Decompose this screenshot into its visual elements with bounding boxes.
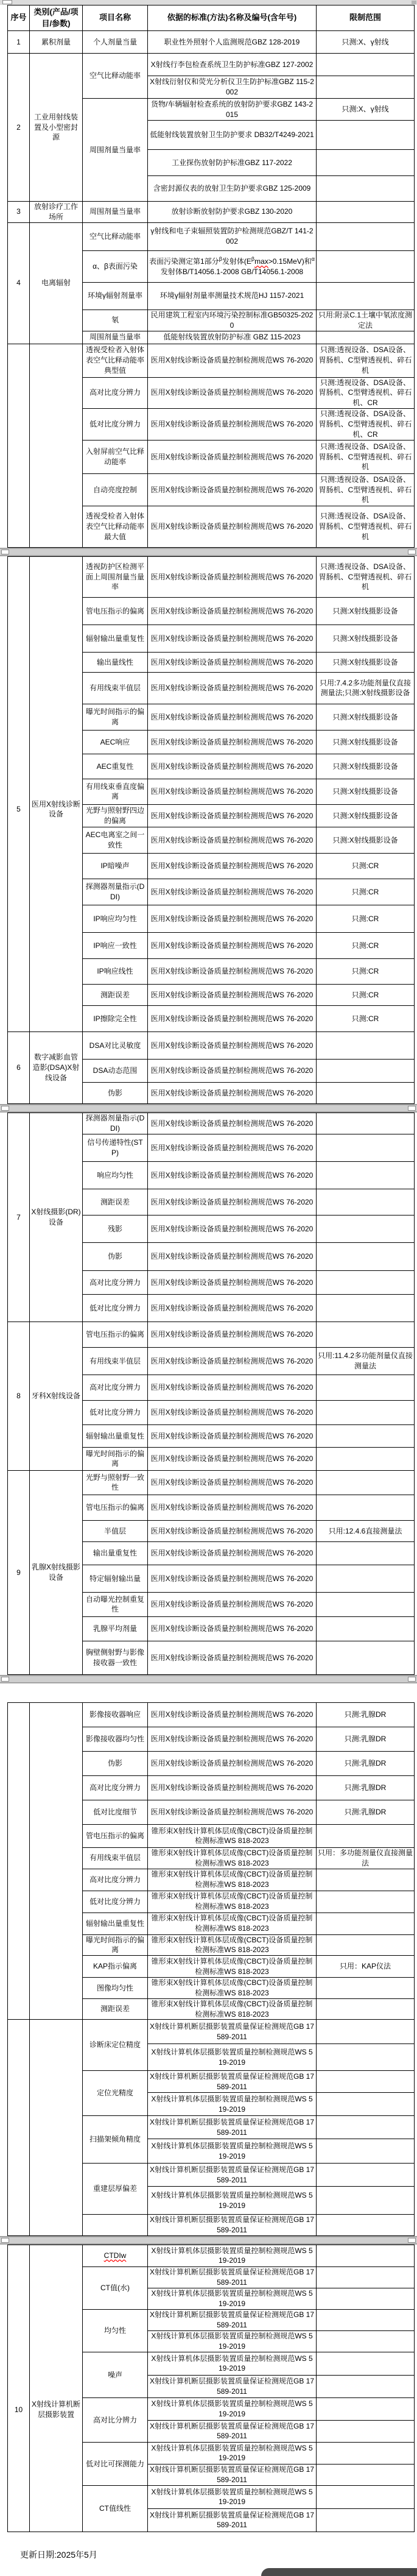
cell-standard: 低能射线装置放射卫生防护要求 DB32/T4249-2021 xyxy=(148,121,317,150)
cell-limit-scope: 只用:7.4.2多功能剂量仪直接测量法;只测:X射线摄影设备 xyxy=(317,672,415,704)
cell-standard: X射线计算机体层摄影装置质量控制检测规范WS 519-2019 xyxy=(148,2288,317,2309)
cell-standard: X射线计算机断层摄影装置质量保证检测规范GB 17589-2011 xyxy=(148,2020,317,2044)
cell-limit-scope xyxy=(317,2442,415,2464)
cell-limit-scope xyxy=(317,1998,415,2020)
cell-item-name: 测距误差 xyxy=(83,1189,148,1215)
floating-toolbar-fragment xyxy=(261,2568,417,2576)
cell-item-name: 周围剂量当量率 xyxy=(83,99,148,202)
cell-limit-scope: 只测:CR xyxy=(317,905,415,932)
cell-limit-scope: 只用:11.4.2多功能剂量仪直接测量法 xyxy=(317,1347,415,1375)
cell-standard: 医用X射线诊断设备质量控制检测规范WS 76-2020 xyxy=(148,1565,317,1592)
cell-group-category: 牙科X射线设备 xyxy=(30,1322,83,1470)
cell-standard: 医用X射线诊断设备质量控制检测规范WS 76-2020 xyxy=(148,827,317,853)
col-header-no: 序号 xyxy=(8,5,30,31)
cell-item-name: IP响应线性 xyxy=(83,958,148,984)
cell-group-category: 电离辐射 xyxy=(30,222,83,344)
cell-limit-scope: 只测:CR xyxy=(317,1005,415,1031)
cell-standard: X射线计算机体层摄影装置质量控制检测规范WS 519-2019 xyxy=(148,2093,317,2116)
standards-table-segment-3: 7X射线摄影(DR)设备探测器剂量指示(DDI)医用X射线诊断设备质量控制检测规… xyxy=(7,1113,415,1675)
cell-standard: 医用X射线诊断设备质量控制检测规范WS 76-2020 xyxy=(148,879,317,905)
standards-table-segment-1: 序号类别(产品/项目/参数)项目名称依据的标准(方法)名称及编号(含年号)限制范… xyxy=(7,5,415,548)
cell-limit-scope: 只测:透视设备、DSA设备、胃肠机、C型臂透视机、碎石机 xyxy=(317,473,415,506)
page-break-handle-right xyxy=(408,1106,416,1111)
cell-standard: 锥形束X射线计算机体层成像(CBCT)设备质量控制检测标准WS 818-2023 xyxy=(148,1998,317,2020)
cell-limit-scope xyxy=(317,1824,415,1847)
cell-item-name: 管电压指示的偏离 xyxy=(83,1495,148,1520)
cell-item-name: 胸壁侧射野与影像接收器一致性 xyxy=(83,1641,148,1674)
cell-limit-scope xyxy=(317,1134,415,1161)
cell-standard: 锥形束X射线计算机体层成像(CBCT)设备质量控制检测标准WS 818-2023 xyxy=(148,1913,317,1934)
cell-standard: 医用X射线诊断设备质量控制检测规范WS 76-2020 xyxy=(148,473,317,506)
cell-item-name: 图像均匀性 xyxy=(83,1978,148,1999)
cell-limit-scope: 只用:附录C.1土壤中氡浓度测定法 xyxy=(317,310,415,331)
spellcheck-flagged-text: CTDIw xyxy=(104,2251,127,2260)
standards-table-segment-2: 5医用X射线诊断设备透视防护区检测平面上周围剂量当量率医用X射线诊断设备质量控制… xyxy=(7,556,415,1104)
cell-standard: 医用X射线诊断设备质量控制检测规范WS 76-2020 xyxy=(148,1727,317,1751)
cell-limit-scope xyxy=(317,2116,415,2139)
cell-group-category: 数字减影血管造影(DSA)X射线设备 xyxy=(30,1031,83,1103)
cell-group-number: 8 xyxy=(8,1322,30,1470)
cell-group-number: 6 xyxy=(8,1031,30,1103)
cell-limit-scope xyxy=(317,76,415,99)
cell-item-name: 定位光精度 xyxy=(83,2071,148,2116)
cell-standard: 医用X射线诊断设备质量控制检测规范WS 76-2020 xyxy=(148,652,317,672)
cell-limit-scope xyxy=(317,176,415,202)
cell-limit-scope: 只测:CR xyxy=(317,932,415,958)
cell-item-name: 影像接收器均匀性 xyxy=(83,1727,148,1751)
cell-item-name: 周围剂量当量率 xyxy=(83,202,148,223)
cell-standard: 医用X射线诊断设备质量控制检测规范WS 76-2020 xyxy=(148,377,317,408)
cell-item-name: CT值(水) xyxy=(83,2266,148,2309)
cell-standard: 医用X射线诊断设备质量控制检测规范WS 76-2020 xyxy=(148,1189,317,1215)
cell-item-name: 有用线束垂直度偏离 xyxy=(83,779,148,804)
cell-standard: X射线计算机体层摄影装置质量控制检测规范WS 519-2019 xyxy=(148,2397,317,2420)
cell-standard: 医用X射线诊断设备质量控制检测规范WS 76-2020 xyxy=(148,1375,317,1400)
cell-item-name: 透视受检者入射体表空气比释动能率典型值 xyxy=(83,344,148,377)
cell-standard: X射线计算机体层摄影装置质量控制检测规范WS 519-2019 xyxy=(148,2330,317,2352)
cell-limit-scope xyxy=(317,2288,415,2309)
cell-standard: X射线计算机体层摄影装置质量控制检测规范WS 519-2019 xyxy=(148,2139,317,2164)
cell-limit-scope xyxy=(317,202,415,223)
cell-limit-scope xyxy=(317,2044,415,2071)
cell-limit-scope xyxy=(317,1447,415,1470)
cell-limit-scope xyxy=(317,1913,415,1934)
cell-standard: 医用X射线诊断设备质量控制检测规范WS 76-2020 xyxy=(148,672,317,704)
cell-standard: X射线计算机体层摄影装置质量控制检测规范WS 519-2019 xyxy=(148,2187,317,2215)
col-header-category: 类别(产品/项目/参数) xyxy=(30,5,83,31)
cell-item-name: 管电压指示的偏离 xyxy=(83,1322,148,1347)
standards-table-segment-4: 影像接收器响应医用X射线诊断设备质量控制检测规范WS 76-2020只测:乳腺D… xyxy=(7,1702,415,2236)
cell-item-name: AEC响应 xyxy=(83,730,148,754)
cell-item-name: 自动亮度控制 xyxy=(83,473,148,506)
cell-limit-scope: 只测:透视设备、DSA设备、胃肠机、C型臂透视机、碎石机 xyxy=(317,506,415,547)
cell-standard: 医用X射线诊断设备质量控制检测规范WS 76-2020 xyxy=(148,1520,317,1541)
cell-item-name: 测距误差 xyxy=(83,984,148,1005)
cell-item-name: 空气比释动能率 xyxy=(83,222,148,250)
cell-limit-scope xyxy=(317,222,415,250)
cell-item-name: 高对比分辨力 xyxy=(83,2397,148,2442)
cell-limit-scope: 只用:12.4.6直接测量法 xyxy=(317,1520,415,1541)
cell-item-name: 探测器剂量指示(DDI) xyxy=(83,1113,148,1134)
cell-standard: 医用X射线诊断设备质量控制检测规范WS 76-2020 xyxy=(148,754,317,779)
cell-item-name: 光野与照射野一致性 xyxy=(83,1470,148,1495)
cell-limit-scope xyxy=(317,2245,415,2266)
cell-limit-scope: 只测:乳腺DR xyxy=(317,1800,415,1824)
cell-item-name: 高对比度分辨力 xyxy=(83,1270,148,1294)
spellcheck-flagged-text: max xyxy=(254,257,268,266)
cell-limit-scope xyxy=(317,1495,415,1520)
cell-item-name: AEC电离室之间一致性 xyxy=(83,827,148,853)
cell-group-category: 医用X射线诊断设备 xyxy=(30,556,83,1031)
cell-group-number: 1 xyxy=(8,31,30,54)
cell-limit-scope: 只测:乳腺DR xyxy=(317,1775,415,1800)
cell-limit-scope xyxy=(317,1541,415,1565)
cell-standard: 医用X射线诊断设备质量控制检测规范WS 76-2020 xyxy=(148,1702,317,1727)
cell-item-name: 伪影 xyxy=(83,1751,148,1775)
cell-limit-scope xyxy=(317,1031,415,1059)
cell-item-name: 高对比度分辨力 xyxy=(83,1869,148,1891)
cell-limit-scope xyxy=(317,1400,415,1424)
cell-item-name: 曝光时间指示的偏离 xyxy=(83,1934,148,1956)
cell-limit-scope xyxy=(317,2397,415,2420)
cell-item-name: 输出量线性 xyxy=(83,652,148,672)
cell-standard: 医用X射线诊断设备质量控制检测规范WS 76-2020 xyxy=(148,1031,317,1059)
cell-item-name: 辐射输出量重复性 xyxy=(83,1913,148,1934)
cell-item-name: 输出量重复性 xyxy=(83,1541,148,1565)
cell-limit-scope xyxy=(317,1470,415,1495)
cell-limit-scope: 只测:透视设备、DSA设备、胃肠机、C型臂透视机、碎石机、CR xyxy=(317,377,415,408)
cell-group-number: 10 xyxy=(8,2245,30,2532)
cell-standard: 医用X射线诊断设备质量控制检测规范WS 76-2020 xyxy=(148,984,317,1005)
cell-limit-scope: 只测:X射线摄影设备 xyxy=(317,704,415,730)
cell-standard: 锥形束X射线计算机体层成像(CBCT)设备质量控制检测标准WS 818-2023 xyxy=(148,1956,317,1978)
cell-standard: 医用X射线诊断设备质量控制检测规范WS 76-2020 xyxy=(148,1005,317,1031)
cell-standard: 锥形束X射线计算机体层成像(CBCT)设备质量控制检测标准WS 818-2023 xyxy=(148,1869,317,1891)
cell-item-name: 透视防护区检测平面上周围剂量当量率 xyxy=(83,556,148,597)
cell-group-category: X射线摄影(DR)设备 xyxy=(30,1113,83,1322)
cell-item-name: 伪影 xyxy=(83,1242,148,1270)
cell-group-number: 3 xyxy=(8,202,30,223)
standard-text-part: 表面污染测定第1部分 xyxy=(149,257,219,266)
cell-group-number xyxy=(8,344,30,547)
cell-item-name: 重建层厚偏差 xyxy=(83,2164,148,2215)
cell-limit-scope xyxy=(317,282,415,310)
cell-standard: 医用X射线诊断设备质量控制检测规范WS 76-2020 xyxy=(148,1424,317,1447)
cell-standard: 放射诊断放射防护要求GBZ 130-2020 xyxy=(148,202,317,223)
cell-standard: 民用建筑工程室内环境污染控制标准GB50325-2020 xyxy=(148,310,317,331)
cell-limit-scope xyxy=(317,1641,415,1674)
cell-standard: 医用X射线诊断设备质量控制检测规范WS 76-2020 xyxy=(148,804,317,827)
cell-item-name: 空气比释动能率 xyxy=(83,54,148,99)
cell-item-name: 伪影 xyxy=(83,1082,148,1103)
cell-limit-scope xyxy=(317,2464,415,2485)
cell-standard: 医用X射线诊断设备质量控制检测规范WS 76-2020 xyxy=(148,1447,317,1470)
cell-limit-scope: 只测:CR xyxy=(317,853,415,879)
cell-item-name: 低对比度细节 xyxy=(83,1800,148,1824)
update-date-note: 更新日期:2025年5月 xyxy=(20,2549,417,2561)
cell-limit-scope: 只测:透视设备、DSA设备、胃肠机、C型臂透视机、碎石机、CR xyxy=(317,408,415,440)
cell-limit-scope xyxy=(317,2139,415,2164)
cell-item-name: 氡 xyxy=(83,310,148,331)
cell-item-name: 乳腺平均剂量 xyxy=(83,1616,148,1641)
cell-item-name: 低对比度分辨力 xyxy=(83,1400,148,1424)
cell-limit-scope xyxy=(317,331,415,344)
cell-standard: X射线计算机断层摄影装置质量保证检测规范GB 17589-2011 xyxy=(148,2375,317,2397)
cell-item-name: 有用线束半值层 xyxy=(83,672,148,704)
cell-group-category xyxy=(30,344,83,547)
cell-limit-scope xyxy=(317,1161,415,1189)
cell-standard: 医用X射线诊断设备质量控制检测规范WS 76-2020 xyxy=(148,1215,317,1242)
cell-item-name: 周围剂量当量率 xyxy=(83,331,148,344)
cell-limit-scope xyxy=(317,1189,415,1215)
cell-standard: γ射线和电子束辐照装置防护检测规范GBZ/T 141-2002 xyxy=(148,222,317,250)
cell-limit-scope xyxy=(317,1322,415,1347)
cell-standard: 医用X射线诊断设备质量控制检测规范WS 76-2020 xyxy=(148,853,317,879)
page-break-handle-left xyxy=(1,1106,9,1111)
cell-group-category: 累积剂量 xyxy=(30,31,83,54)
cell-limit-scope: 只测:X射线摄影设备 xyxy=(317,754,415,779)
cell-limit-scope: 只测:X、γ射线 xyxy=(317,99,415,121)
cell-standard: 医用X射线诊断设备质量控制检测规范WS 76-2020 xyxy=(148,556,317,597)
cell-standard: X射线计算机断层摄影装置质量保证检测规范GB 17589-2011 xyxy=(148,2420,317,2442)
cell-item-name: IP擦除完全性 xyxy=(83,1005,148,1031)
cell-limit-scope xyxy=(317,2352,415,2375)
cell-limit-scope xyxy=(317,2375,415,2397)
cell-standard: 医用X射线诊断设备质量控制检测规范WS 76-2020 xyxy=(148,1082,317,1103)
cell-standard: 医用X射线诊断设备质量控制检测规范WS 76-2020 xyxy=(148,704,317,730)
cell-standard: X射线计算机体层摄影装置质量控制检测规范WS 519-2019 xyxy=(148,2442,317,2464)
cell-limit-scope: 只测:透视设备、DSA设备、胃肠机、C型臂透视机、碎石机 xyxy=(317,344,415,377)
page-break-band xyxy=(0,548,417,556)
standard-text-part: α xyxy=(312,256,315,262)
cell-standard: 医用X射线诊断设备质量控制检测规范WS 76-2020 xyxy=(148,440,317,473)
cell-limit-scope: 只测:乳腺DR xyxy=(317,1751,415,1775)
cell-standard: X射线计算机断层摄影装置质量保证检测规范GB 17589-2011 xyxy=(148,2266,317,2288)
cell-limit-scope xyxy=(317,2164,415,2187)
cell-limit-scope xyxy=(317,2215,415,2236)
cell-standard: 医用X射线诊断设备质量控制检测规范WS 76-2020 xyxy=(148,1161,317,1189)
col-header-item-name: 项目名称 xyxy=(83,5,148,31)
cell-standard: X射线计算机体层摄影装置质量控制检测规范WS 519-2019 xyxy=(148,2485,317,2508)
cell-standard: 锥形束X射线计算机体层成像(CBCT)设备质量控制检测标准WS 818-2023 xyxy=(148,1824,317,1847)
scrollbar-top-cap xyxy=(412,1,416,4)
cell-limit-scope: 只测:CR xyxy=(317,879,415,905)
cell-standard: 医用X射线诊断设备质量控制检测规范WS 76-2020 xyxy=(148,1322,317,1347)
cell-standard: X射线计算机体层摄影装置质量控制检测规范WS 519-2019 xyxy=(148,2245,317,2266)
cell-standard: 医用X射线诊断设备质量控制检测规范WS 76-2020 xyxy=(148,597,317,625)
standards-table-area: 序号类别(产品/项目/参数)项目名称依据的标准(方法)名称及编号(含年号)限制范… xyxy=(7,5,414,2532)
cell-standard: 医用X射线诊断设备质量控制检测规范WS 76-2020 xyxy=(148,1495,317,1520)
page-break-band xyxy=(0,1104,417,1113)
cell-item-name: 个人剂量当量 xyxy=(83,31,148,54)
cell-standard: X射线计算机断层摄影装置质量保证检测规范GB 17589-2011 xyxy=(148,2116,317,2139)
cell-item-name: 低对比度分辨力 xyxy=(83,1891,148,1913)
cell-item-name: 曝光时间指示的偏离 xyxy=(83,1447,148,1470)
cell-item-name: 诊断床定位精度 xyxy=(83,2020,148,2071)
cell-group-number: 2 xyxy=(8,54,30,202)
cell-item-name: AEC重复性 xyxy=(83,754,148,779)
cell-standard: X射线计算机断层摄影装置质量保证检测规范GB 17589-2011 xyxy=(148,2464,317,2485)
cell-standard: 医用X射线诊断设备质量控制检测规范WS 76-2020 xyxy=(148,1541,317,1565)
cell-standard: 医用X射线诊断设备质量控制检测规范WS 76-2020 xyxy=(148,1800,317,1824)
cell-item-name: 管电压指示的偏离 xyxy=(83,597,148,625)
standard-text-part: 发射体B/T14056.1-2008 xyxy=(161,267,241,276)
spreadsheet-page: 序号类别(产品/项目/参数)项目名称依据的标准(方法)名称及编号(含年号)限制范… xyxy=(0,0,417,2576)
cell-item-name: IP响应均匀性 xyxy=(83,905,148,932)
cell-limit-scope: 只测:CR xyxy=(317,984,415,1005)
cell-standard: 环境γ辐射剂量率测量技术规范HJ 1157-2021 xyxy=(148,282,317,310)
cell-standard: X射线计算机断层摄影装置质量保证检测规范GB 17589-2011 xyxy=(148,2309,317,2330)
top-gray-strip xyxy=(0,0,417,5)
cell-limit-scope: 只测:X射线摄影设备 xyxy=(317,625,415,652)
standards-table-segment-5: 10X射线计算机断层摄影装置CTDIwX射线计算机体层摄影装置质量控制检测规范W… xyxy=(7,2245,415,2532)
cell-item-name: 入射屏前空气比释动能率 xyxy=(83,440,148,473)
cell-limit-scope xyxy=(317,1891,415,1913)
page-break-handle-right xyxy=(408,2238,416,2243)
cell-standard: 锥形束X射线计算机体层成像(CBCT)设备质量控制检测标准WS 818-2023 xyxy=(148,1847,317,1869)
cell-limit-scope xyxy=(317,2420,415,2442)
cell-item-name: 噪声 xyxy=(83,2352,148,2397)
cell-item-name: 有用线束半值层 xyxy=(83,1347,148,1375)
cell-item-name: 低对比可探测能力 xyxy=(83,2442,148,2485)
cell-standard: 医用X射线诊断设备质量控制检测规范WS 76-2020 xyxy=(148,344,317,377)
cell-limit-scope: 只用：KAP仪法 xyxy=(317,1956,415,1978)
page-break-handle-left xyxy=(1,550,9,554)
cell-item-name: 自动曝光控制重复性 xyxy=(83,1592,148,1616)
page-break-handle-right xyxy=(408,550,416,554)
cell-limit-scope xyxy=(317,1375,415,1400)
page-break-band xyxy=(0,2236,417,2245)
cell-group-number: 5 xyxy=(8,556,30,1031)
cell-standard: 货物/车辆辐射检查系统的放射防护要求GBZ 143-2015 xyxy=(148,99,317,121)
cell-standard: 医用X射线诊断设备质量控制检测规范WS 76-2020 xyxy=(148,1775,317,1800)
cell-group-category xyxy=(30,1702,83,2019)
cell-limit-scope: 只测:X射线摄影设备 xyxy=(317,730,415,754)
cell-standard: 医用X射线诊断设备质量控制检测规范WS 76-2020 xyxy=(148,1347,317,1375)
cell-standard: X射线计算机体层摄影装置质量控制检测规范WS 519-2019 xyxy=(148,2044,317,2071)
cell-standard: 医用X射线诊断设备质量控制检测规范WS 76-2020 xyxy=(148,905,317,932)
cell-limit-scope xyxy=(317,2020,415,2044)
cell-limit-scope xyxy=(317,1270,415,1294)
cell-limit-scope: 只测:透视设备、DSA设备、胃肠机、C型臂透视机、碎石机 xyxy=(317,556,415,597)
cell-limit-scope xyxy=(317,1616,415,1641)
cell-standard: 医用X射线诊断设备质量控制检测规范WS 76-2020 xyxy=(148,1059,317,1082)
page-break-handle-left xyxy=(1,2238,9,2243)
cell-limit-scope xyxy=(317,250,415,282)
cell-item-name: IP响应一致性 xyxy=(83,932,148,958)
cell-item-name: 曝光时间指示的偏离 xyxy=(83,704,148,730)
cell-limit-scope xyxy=(317,1869,415,1891)
cell-standard: 医用X射线诊断设备质量控制检测规范WS 76-2020 xyxy=(148,1270,317,1294)
cell-limit-scope xyxy=(317,1215,415,1242)
cell-item-name: 特定辐射输出量 xyxy=(83,1565,148,1592)
cell-standard: 医用X射线诊断设备质量控制检测规范WS 76-2020 xyxy=(148,1294,317,1322)
cell-item-name: 半值层 xyxy=(83,1520,148,1541)
cell-standard: 表面污染测定第1部分β发射体(Eβmax>0.15MeV)和α发射体B/T140… xyxy=(148,250,317,282)
cell-group-number xyxy=(8,1702,30,2019)
cell-item-name: 扫描架倾角精度 xyxy=(83,2116,148,2164)
standard-text-part: GB/T14056.1-2008 xyxy=(241,267,303,276)
cell-standard: 医用X射线诊断设备质量控制检测规范WS 76-2020 xyxy=(148,730,317,754)
cell-item-name: CT值线性 xyxy=(83,2485,148,2532)
page-break-handle-right xyxy=(408,1677,416,1682)
cell-standard: X射线行李包检查系统卫生防护标准GBZ 127-2002 xyxy=(148,54,317,76)
page-break-handle-left xyxy=(1,1677,9,1682)
cell-limit-scope: 只测:乳腺DR xyxy=(317,1702,415,1727)
cell-item-name: 响应均匀性 xyxy=(83,1161,148,1189)
cell-item-name: 测距误差 xyxy=(83,1998,148,2020)
cell-item-name: 均匀性 xyxy=(83,2309,148,2352)
cell-standard: X射线计算机断层摄影装置质量保证检测规范GB 17589-2011 xyxy=(148,2164,317,2187)
cell-group-category: 放射诊疗工作场所 xyxy=(30,202,83,223)
cell-limit-scope xyxy=(317,121,415,150)
cell-limit-scope xyxy=(317,2093,415,2116)
cell-item-name: 高对比度分辨力 xyxy=(83,377,148,408)
cell-standard: X射线衍射仪和荧光分析仪卫生防护标准GBZ 115-2002 xyxy=(148,76,317,99)
col-header-standard: 依据的标准(方法)名称及编号(含年号) xyxy=(148,5,317,31)
cell-limit-scope xyxy=(317,1059,415,1082)
cell-limit-scope xyxy=(317,2330,415,2352)
cell-standard: 医用X射线诊断设备质量控制检测规范WS 76-2020 xyxy=(148,1134,317,1161)
cell-limit-scope: 只测:乳腺DR xyxy=(317,1727,415,1751)
cell-item-name xyxy=(83,2215,148,2236)
cell-item-name: CTDIw xyxy=(83,2245,148,2266)
cell-standard: 医用X射线诊断设备质量控制检测规范WS 76-2020 xyxy=(148,1592,317,1616)
cell-item-name: 透视受检者入射体表空气比释动能率最大值 xyxy=(83,506,148,547)
cell-item-name: α、β表面污染 xyxy=(83,250,148,282)
cell-limit-scope xyxy=(317,2309,415,2330)
cell-limit-scope: 只测:X、γ射线 xyxy=(317,31,415,54)
cell-item-name: KAP指示偏离 xyxy=(83,1956,148,1978)
cell-standard: 锥形束X射线计算机体层成像(CBCT)设备质量控制检测标准WS 818-2023 xyxy=(148,1934,317,1956)
cell-standard: 工业探伤放射防护标准GBZ 117-2022 xyxy=(148,150,317,176)
cell-standard: 医用X射线诊断设备质量控制检测规范WS 76-2020 xyxy=(148,506,317,547)
cell-item-name: 高对比度分辨力 xyxy=(83,1375,148,1400)
cell-standard: 医用X射线诊断设备质量控制检测规范WS 76-2020 xyxy=(148,1242,317,1270)
cell-item-name: 环境γ辐射剂量率 xyxy=(83,282,148,310)
cell-standard: X射线计算机体层摄影装置质量控制检测规范WS 519-2019 xyxy=(148,2352,317,2375)
cell-limit-scope xyxy=(317,54,415,76)
cell-standard: 医用X射线诊断设备质量控制检测规范WS 76-2020 xyxy=(148,625,317,652)
cell-standard: 医用X射线诊断设备质量控制检测规范WS 76-2020 xyxy=(148,1400,317,1424)
cell-standard: X射线计算机断层摄影装置质量保证检测规范GB 17589-2011 xyxy=(148,2215,317,2236)
page-break-gap xyxy=(7,1683,417,1702)
cell-item-name: 有用线束半值层 xyxy=(83,1847,148,1869)
cell-standard: 医用X射线诊断设备质量控制检测规范WS 76-2020 xyxy=(148,1470,317,1495)
cell-item-name: 辐射输出量重复性 xyxy=(83,625,148,652)
cell-limit-scope xyxy=(317,1294,415,1322)
cell-limit-scope: 只用：多功能剂量仪直接测量法 xyxy=(317,1847,415,1869)
cell-standard: 医用X射线诊断设备质量控制检测规范WS 76-2020 xyxy=(148,1616,317,1641)
cell-limit-scope: 只测:CR xyxy=(317,958,415,984)
cell-limit-scope: 只测:X射线摄影设备 xyxy=(317,804,415,827)
cell-item-name: 信号传递特性(STP) xyxy=(83,1134,148,1161)
cell-limit-scope: 只测:X射线摄影设备 xyxy=(317,779,415,804)
cell-item-name: 辐射输出量重复性 xyxy=(83,1424,148,1447)
cell-item-name: DSA动态范围 xyxy=(83,1059,148,1082)
cell-limit-scope: 只测:X射线摄影设备 xyxy=(317,827,415,853)
cell-limit-scope xyxy=(317,1424,415,1447)
cell-limit-scope: 只测:透视设备、DSA设备、胃肠机、C型臂透视机、碎石机 xyxy=(317,440,415,473)
cell-item-name: 管电压指示的偏离 xyxy=(83,1824,148,1847)
cell-limit-scope xyxy=(317,1934,415,1956)
cell-group-category: X射线计算机断层摄影装置 xyxy=(30,2245,83,2532)
cell-group-number xyxy=(8,2020,30,2236)
cell-limit-scope xyxy=(317,2187,415,2215)
outline-corner-button[interactable] xyxy=(2,0,12,4)
cell-limit-scope xyxy=(317,1113,415,1134)
cell-standard: X射线计算机断层摄影装置质量保证检测规范GB 17589-2011 xyxy=(148,2508,317,2532)
